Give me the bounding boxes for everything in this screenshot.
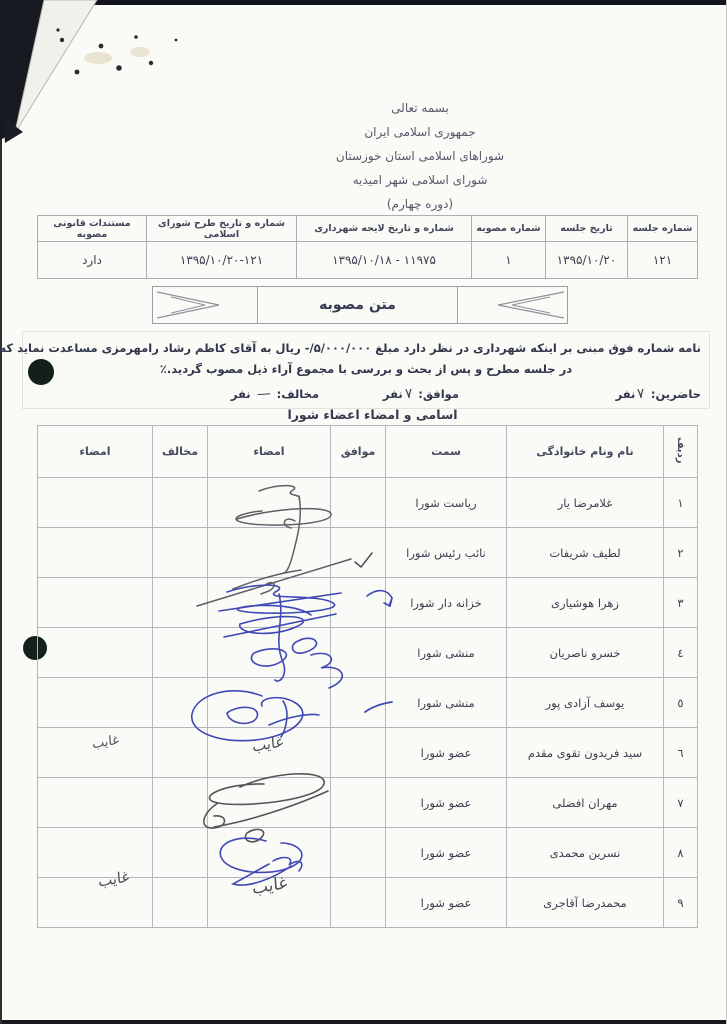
member-name: محمدرضا آقاجری [507,878,664,928]
signature2-cell [38,878,153,928]
banner-chevron-right-icon [153,287,257,323]
row-no: ٦ [664,728,698,778]
signature-cell [208,728,331,778]
header-agree: موافق [331,426,386,478]
signature2-cell [38,578,153,628]
resolution-body: نامه شماره فوق مبنی بر اینکه شهرداری در … [22,331,710,409]
member-name: زهرا هوشیاری [507,578,664,628]
signature2-cell [38,628,153,678]
page-corner-shadow [0,0,44,140]
agree-cell [331,728,386,778]
against-cell [153,678,208,728]
members-signature-table: ردیف نام ونام خانوادگی سمت موافق امضاء م… [37,425,698,928]
attendees-count-handwritten: ۷ [635,384,648,406]
row-no: ۲ [664,528,698,578]
row-no: ٥ [664,678,698,728]
page-corner-notch [3,117,23,143]
page-corner-fold [15,0,97,132]
row-no: ۷ [664,778,698,828]
banner-title: متن مصوبه [257,287,457,323]
signature-cell [208,528,331,578]
row-no: ۳ [664,578,698,628]
session-no-value: ۱۲۱ [628,242,698,279]
staple-marks [56,28,177,74]
row-no: ۸ [664,828,698,878]
row-no: ٤ [664,628,698,678]
against-stat: مخالف: — نفر [231,384,319,405]
member-position: منشی شورا [386,628,507,678]
banner-chevron-left-icon [457,287,567,323]
member-position: ریاست شورا [386,478,507,528]
signature2-cell [38,728,153,778]
header-signature: امضاء [208,426,331,478]
member-position: عضو شورا [386,828,507,878]
province-councils-line: شوراهای اسلامی استان خوزستان [285,144,555,168]
city-council-line: شورای اسلامی شهر امیدیه [285,168,555,192]
agree-cell [331,478,386,528]
member-name: خسرو ناصریان [507,628,664,678]
scanner-bottom-edge [0,1020,727,1024]
agree-cell [331,828,386,878]
signature2-cell [38,778,153,828]
resolution-text-banner: متن مصوبه [152,286,568,324]
signature-cell [208,778,331,828]
col-label-legal-docs: مستندات قانونی مصوبه [38,216,147,242]
letterhead: بسمه تعالی جمهوری اسلامی ایران شوراهای ا… [285,96,555,216]
country-line: جمهوری اسلامی ایران [285,120,555,144]
signature-cell [208,878,331,928]
plan-no-date-value: ۱۳۹۵/۱۰/۲۰-۱۲۱ [147,242,297,279]
resolution-no-value: ۱ [472,242,546,279]
session-date-value: ۱۳۹۵/۱۰/۲۰ [546,242,628,279]
header-against: مخالف [153,426,208,478]
col-label-session-date: تاریخ جلسه [546,216,628,242]
member-position: عضو شورا [386,778,507,828]
attendees-label: حاضرین: [651,387,701,401]
against-cell [153,878,208,928]
against-cell [153,578,208,628]
header-signature-2: امضاء [38,426,153,478]
agree-unit: نفر [383,387,403,401]
member-row-3: ۳ زهرا هوشیاری خزانه دار شورا [38,578,698,628]
member-name: لطیف شریفات [507,528,664,578]
term-line: (دوره چهارم) [285,192,555,216]
agree-cell [331,578,386,628]
against-cell [153,478,208,528]
scanner-left-edge [0,0,2,1024]
member-position: نائب رئیس شورا [386,528,507,578]
signature-cell [208,828,331,878]
signature-cell [208,678,331,728]
header-position: سمت [386,426,507,478]
vote-stats: حاضرین: ۷نفر موافق: ۷نفر مخالف: — نفر [23,384,709,404]
against-cell [153,528,208,578]
against-cell [153,728,208,778]
agree-count-handwritten: ۷ [402,384,415,406]
against-label: مخالف: [277,387,319,401]
paper-stains [84,47,150,64]
scanner-top-edge [0,0,727,5]
scanned-council-resolution-page: { "letterhead": { "line1": "بسمه تعالی",… [0,0,727,1024]
bill-no-date-value: ۱۳۹۵/۱۰/۱۸ - ۱۱۹۷۵ [297,242,472,279]
member-name: مهران افضلی [507,778,664,828]
agree-label: موافق: [418,387,459,401]
signature-cell [208,628,331,678]
row-no: ۹ [664,878,698,928]
signature2-cell [38,678,153,728]
header-row-no: ردیف [664,426,698,478]
member-row-2: ۲ لطیف شریفات نائب رئیس شورا [38,528,698,578]
signature-cell [208,478,331,528]
signature2-cell [38,528,153,578]
member-name: غلامرضا یار [507,478,664,528]
col-label-plan-no-date: شماره و تاریخ طرح شورای اسلامی [147,216,297,242]
col-label-resolution-no: شماره مصوبه [472,216,546,242]
member-position: خزانه دار شورا [386,578,507,628]
member-row-8: ۸ نسرین محمدی عضو شورا [38,828,698,878]
attendees-unit: نفر [616,387,636,401]
agree-cell [331,528,386,578]
agree-cell [331,678,386,728]
member-name: سید فریدون تقوی مقدم [507,728,664,778]
resolution-line-2: در جلسه مطرح و پس از بحث و بررسی با مجمو… [31,359,701,380]
resolution-info-table: شماره جلسه تاریخ جلسه شماره مصوبه شماره … [37,215,698,279]
against-cell [153,778,208,828]
signature-cell [208,578,331,628]
agree-cell [331,878,386,928]
resolution-line-1: نامه شماره فوق مبنی بر اینکه شهرداری در … [31,338,701,359]
member-row-7: ۷ مهران افضلی عضو شورا [38,778,698,828]
members-section-title: اسامی و امضاء اعضاء شورا [250,407,495,422]
member-row-6: ٦ سید فریدون تقوی مقدم عضو شورا [38,728,698,778]
member-position: منشی شورا [386,678,507,728]
attendees-stat: حاضرین: ۷نفر [616,384,701,405]
member-name: نسرین محمدی [507,828,664,878]
row-no: ۱ [664,478,698,528]
agree-stat: موافق: ۷نفر [383,384,459,405]
legal-docs-value: دارد [38,242,147,279]
member-name: یوسف آزادی پور [507,678,664,728]
member-position: عضو شورا [386,728,507,778]
bismillah-line: بسمه تعالی [285,96,555,120]
agree-cell [331,778,386,828]
against-cell [153,828,208,878]
against-cell [153,628,208,678]
member-row-9: ۹ محمدرضا آقاجری عضو شورا [38,878,698,928]
signature2-cell [38,478,153,528]
member-position: عضو شورا [386,878,507,928]
against-unit: نفر [231,387,251,401]
header-full-name: نام ونام خانوادگی [507,426,664,478]
col-label-bill-no-date: شماره و تاریخ لایحه شهرداری [297,216,472,242]
against-count-handwritten: — [254,383,273,405]
member-row-1: ۱ غلامرضا یار ریاست شورا [38,478,698,528]
member-row-5: ٥ یوسف آزادی پور منشی شورا [38,678,698,728]
signature2-cell [38,828,153,878]
member-row-4: ٤ خسرو ناصریان منشی شورا [38,628,698,678]
agree-cell [331,628,386,678]
col-label-session-no: شماره جلسه [628,216,698,242]
